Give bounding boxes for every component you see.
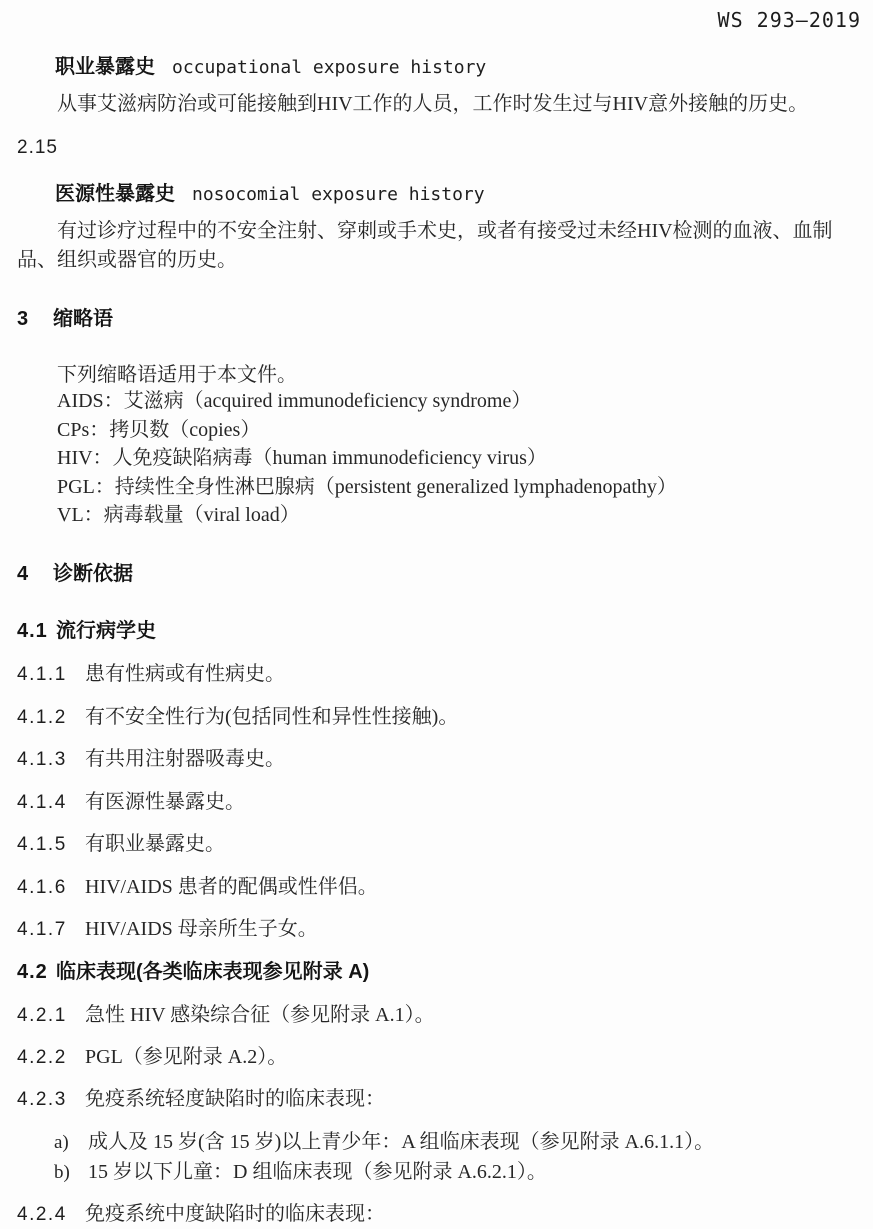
- clause-text: HIV/AIDS 患者的配偶或性伴侣。: [85, 870, 378, 899]
- section-title: 临床表现(各类临床表现参见附录 A): [56, 955, 369, 984]
- term-occupational-definition: 从事艾滋病防治或可能接触到HIV工作的人员，工作时发生过与HIV意外接触的历史。: [17, 90, 861, 119]
- section-number: 4.2: [17, 961, 56, 984]
- clause-4-2-4: 4.2.4 免疫系统中度缺陷时的临床表现：: [17, 1197, 385, 1226]
- term-nosocomial-definition: 有过诊疗过程中的不安全注射、穿刺或手术史，或者有接受过未经HIV检测的血液、血制…: [17, 217, 861, 274]
- sub-item-b: b) 15 岁以下儿童：D 组临床表现（参见附录 A.6.2.1）。: [54, 1155, 547, 1184]
- section-4-heading: 4 诊断依据: [17, 557, 133, 586]
- clause-number: 4.1.7: [17, 919, 85, 941]
- clause-text: 有职业暴露史。: [85, 827, 225, 856]
- document-page: WS 293—2019 职业暴露史 occupational exposure …: [0, 0, 873, 1229]
- clause-number: 4.1.3: [17, 749, 85, 771]
- clause-text: 免疫系统轻度缺陷时的临床表现：: [85, 1082, 385, 1111]
- clause-4-1-5: 4.1.5 有职业暴露史。: [17, 827, 225, 856]
- doc-standard-number: WS 293—2019: [718, 8, 861, 32]
- clause-4-1-7: 4.1.7 HIV/AIDS 母亲所生子女。: [17, 912, 318, 941]
- clause-number: 4.1.2: [17, 707, 85, 729]
- abbreviation-aids: AIDS：艾滋病（acquired immunodeficiency syndr…: [57, 387, 677, 416]
- abbreviations-intro: 下列缩略语适用于本文件。: [57, 358, 297, 387]
- term-en-label: occupational exposure history: [172, 57, 486, 78]
- section-number: 3: [17, 308, 53, 331]
- clause-text: 有不安全性行为(包括同性和异性性接触)。: [85, 700, 458, 729]
- clause-4-1-3: 4.1.3 有共用注射器吸毒史。: [17, 742, 285, 771]
- clause-text: 免疫系统中度缺陷时的临床表现：: [85, 1197, 385, 1226]
- abbreviation-pgl: PGL：持续性全身性淋巴腺病（persistent generalized ly…: [57, 473, 677, 502]
- abbreviation-cps: CPs：拷贝数（copies）: [57, 416, 677, 445]
- clause-number: 4.1.5: [17, 834, 85, 856]
- term-en-label: nosocomial exposure history: [192, 184, 485, 205]
- term-zh-label: 职业暴露史: [55, 50, 155, 79]
- clause-4-1-6: 4.1.6 HIV/AIDS 患者的配偶或性伴侣。: [17, 870, 378, 899]
- list-text: 15 岁以下儿童：D 组临床表现（参见附录 A.6.2.1）。: [88, 1155, 547, 1184]
- term-occupational-exposure: 职业暴露史 occupational exposure history: [55, 50, 486, 79]
- section-title: 缩略语: [53, 302, 113, 331]
- clause-number: 4.2.4: [17, 1204, 85, 1226]
- clause-number-2-15: 2.15: [17, 137, 58, 159]
- abbreviations-list: AIDS：艾滋病（acquired immunodeficiency syndr…: [57, 387, 677, 530]
- section-number: 4.1: [17, 620, 56, 643]
- clause-text: PGL（参见附录 A.2）。: [85, 1040, 287, 1069]
- term-zh-label: 医源性暴露史: [55, 177, 175, 206]
- section-4-2-heading: 4.2 临床表现(各类临床表现参见附录 A): [17, 955, 369, 984]
- clause-number: 4.1.4: [17, 792, 85, 814]
- list-text: 成人及 15 岁(含 15 岁)以上青少年：A 组临床表现（参见附录 A.6.1…: [88, 1125, 714, 1154]
- clause-4-1-2: 4.1.2 有不安全性行为(包括同性和异性性接触)。: [17, 700, 458, 729]
- clause-text: 急性 HIV 感染综合征（参见附录 A.1）。: [85, 998, 435, 1027]
- abbreviation-hiv: HIV：人免疫缺陷病毒（human immunodeficiency virus…: [57, 444, 677, 473]
- clause-number: 4.2.1: [17, 1005, 85, 1027]
- clause-4-2-2: 4.2.2 PGL（参见附录 A.2）。: [17, 1040, 287, 1069]
- abbreviation-vl: VL：病毒载量（viral load）: [57, 501, 677, 530]
- list-marker: a): [54, 1132, 88, 1154]
- list-marker: b): [54, 1162, 88, 1184]
- clause-text: 有共用注射器吸毒史。: [85, 742, 285, 771]
- clause-4-1-1: 4.1.1 患有性病或有性病史。: [17, 657, 285, 686]
- section-title: 诊断依据: [53, 557, 133, 586]
- sub-item-a: a) 成人及 15 岁(含 15 岁)以上青少年：A 组临床表现（参见附录 A.…: [54, 1125, 714, 1154]
- clause-4-1-4: 4.1.4 有医源性暴露史。: [17, 785, 245, 814]
- clause-text: HIV/AIDS 母亲所生子女。: [85, 912, 318, 941]
- clause-text: 有医源性暴露史。: [85, 785, 245, 814]
- section-4-1-heading: 4.1 流行病学史: [17, 614, 156, 643]
- section-3-heading: 3 缩略语: [17, 302, 113, 331]
- term-nosocomial-exposure: 医源性暴露史 nosocomial exposure history: [55, 177, 485, 206]
- clause-number: 4.2.3: [17, 1089, 85, 1111]
- section-number: 4: [17, 563, 53, 586]
- clause-number: 4.1.1: [17, 664, 85, 686]
- clause-number: 4.2.2: [17, 1047, 85, 1069]
- clause-number: 4.1.6: [17, 877, 85, 899]
- clause-4-2-3: 4.2.3 免疫系统轻度缺陷时的临床表现：: [17, 1082, 385, 1111]
- clause-4-2-1: 4.2.1 急性 HIV 感染综合征（参见附录 A.1）。: [17, 998, 435, 1027]
- section-title: 流行病学史: [56, 614, 156, 643]
- clause-text: 患有性病或有性病史。: [85, 657, 285, 686]
